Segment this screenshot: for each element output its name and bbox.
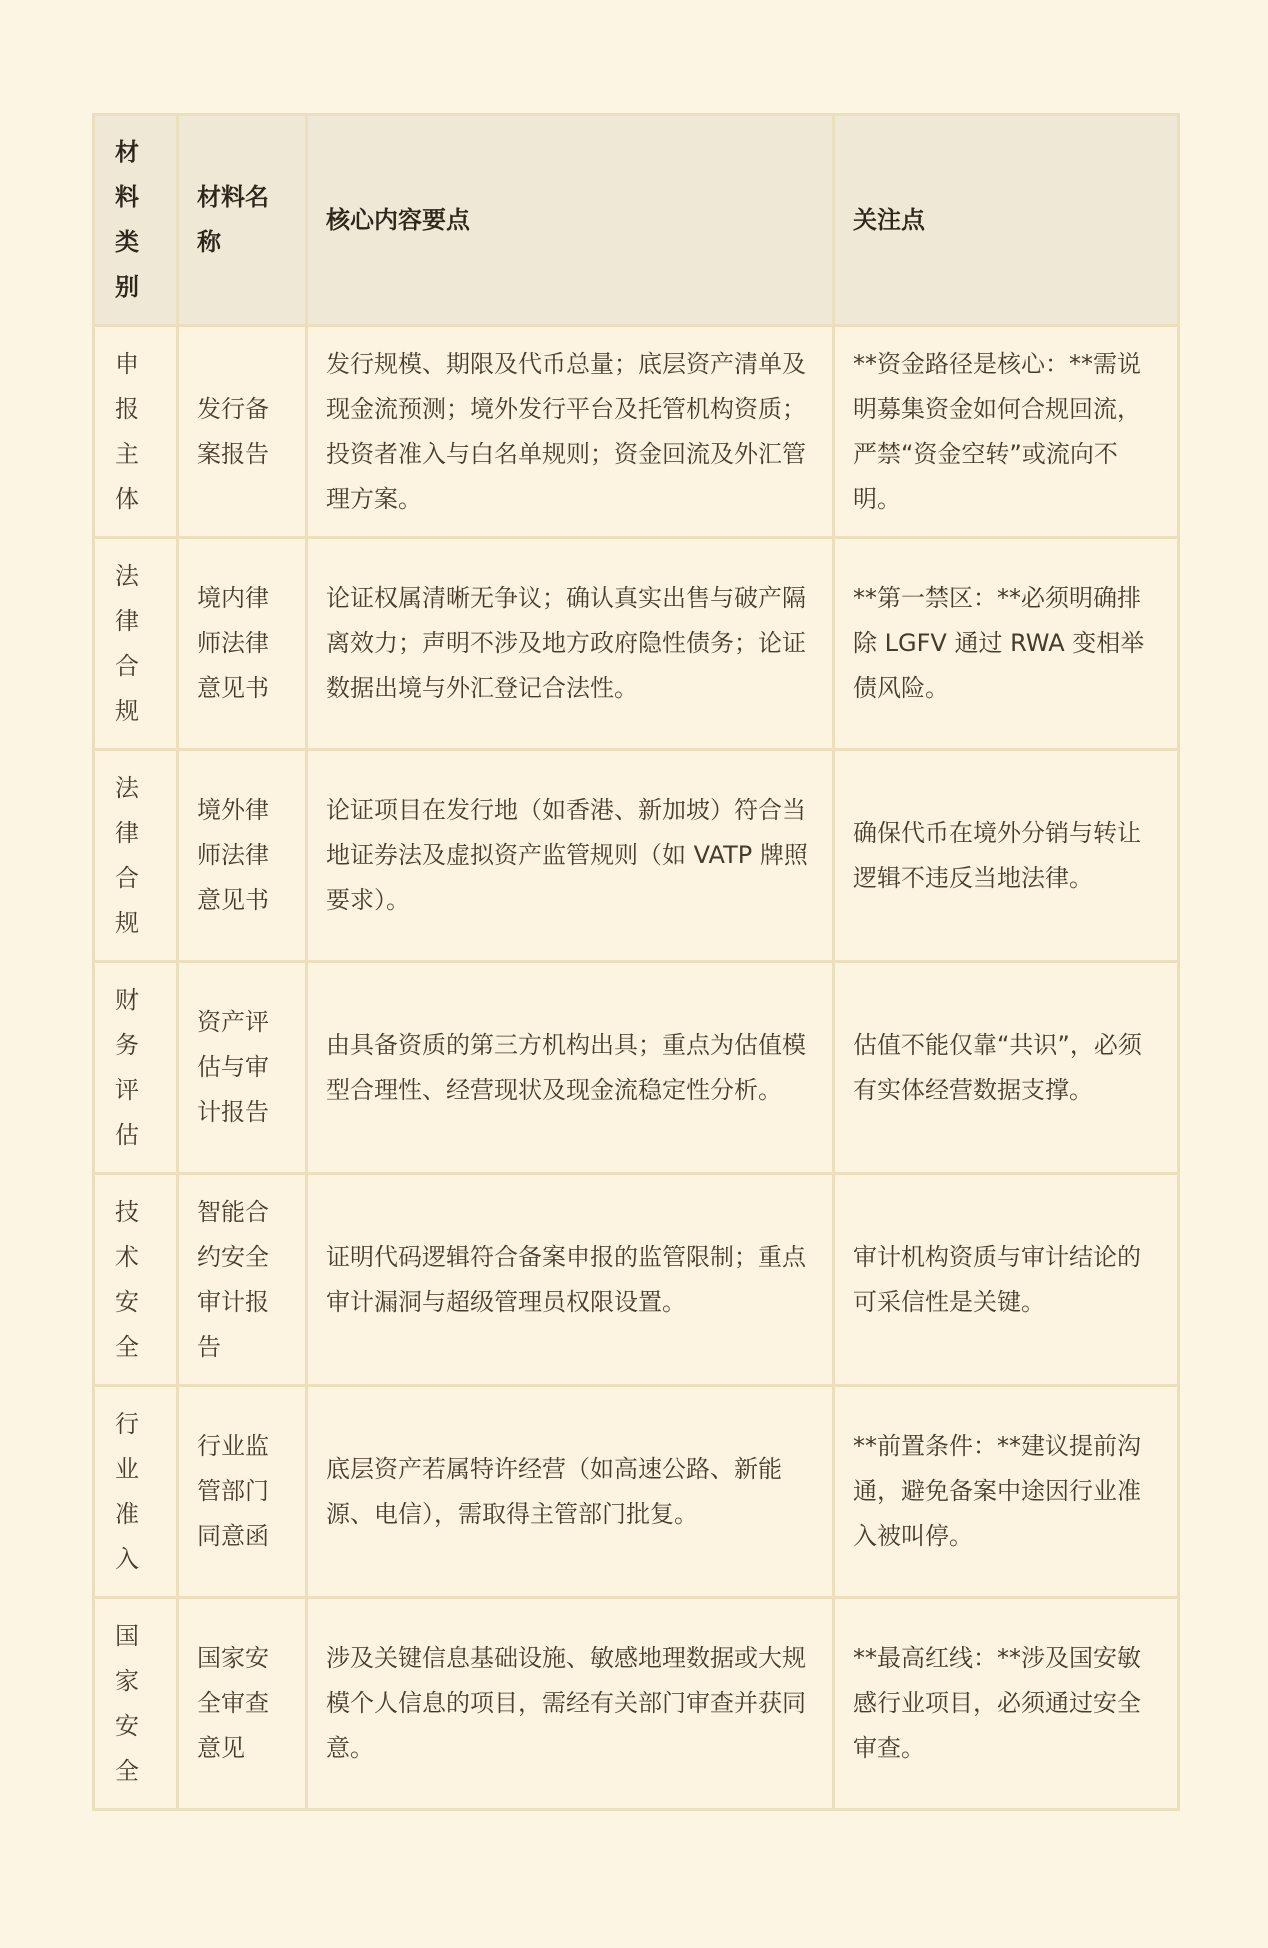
focus-text: 估值不能仅靠“共识”，必须有实体经营数据支撑。	[853, 1031, 1142, 1104]
content-text: 涉及关键信息基础设施、敏感地理数据或大规模个人信息的项目，需经有关部门审查并获同…	[326, 1644, 806, 1762]
content-cell: 底层资产若属特许经营（如高速公路、新能源、电信），需取得主管部门批复。	[307, 1386, 834, 1598]
material-name-cell: 国家安全审查意见	[178, 1598, 307, 1810]
table-body: 申报主体 发行备案报告 发行规模、期限及代币总量；底层资产清单及现金流预测；境外…	[94, 326, 1179, 1810]
table-header: 材料类别 材料名称 核心内容要点 关注点	[94, 115, 1179, 326]
table-row: 申报主体 发行备案报告 发行规模、期限及代币总量；底层资产清单及现金流预测；境外…	[94, 326, 1179, 538]
material-name-text: 行业监管部门同意函	[197, 1424, 271, 1559]
material-name-cell: 境外律师法律意见书	[178, 750, 307, 962]
material-name-cell: 发行备案报告	[178, 326, 307, 538]
materials-table: 材料类别 材料名称 核心内容要点 关注点 申报主体 发行备案报告 发行规模、期限…	[92, 113, 1180, 1811]
focus-text: 确保代币在境外分销与转让逻辑不违反当地法律。	[853, 819, 1141, 892]
material-name-text: 资产评估与审计报告	[197, 1000, 271, 1135]
category-cell: 法律合规	[94, 538, 178, 750]
header-content: 核心内容要点	[307, 115, 834, 326]
focus-cell: 估值不能仅靠“共识”，必须有实体经营数据支撑。	[834, 962, 1179, 1174]
content-cell: 涉及关键信息基础设施、敏感地理数据或大规模个人信息的项目，需经有关部门审查并获同…	[307, 1598, 834, 1810]
focus-cell: **最高红线：**涉及国安敏感行业项目，必须通过安全审查。	[834, 1598, 1179, 1810]
table-row: 财务评估 资产评估与审计报告 由具备资质的第三方机构出具；重点为估值模型合理性、…	[94, 962, 1179, 1174]
material-name-text: 境内律师法律意见书	[197, 576, 271, 711]
content-cell: 论证权属清晰无争议；确认真实出售与破产隔离效力；声明不涉及地方政府隐性债务；论证…	[307, 538, 834, 750]
content-text: 论证项目在发行地（如香港、新加坡）符合当地证券法及虚拟资产监管规则（如 VATP…	[326, 796, 808, 914]
header-category: 材料类别	[94, 115, 178, 326]
content-text: 底层资产若属特许经营（如高速公路、新能源、电信），需取得主管部门批复。	[326, 1455, 782, 1528]
category-text: 法律合规	[113, 766, 140, 946]
category-cell: 国家安全	[94, 1598, 178, 1810]
material-name-text: 境外律师法律意见书	[197, 788, 271, 923]
header-name: 材料名称	[178, 115, 307, 326]
focus-text: 审计机构资质与审计结论的可采信性是关键。	[853, 1243, 1141, 1316]
category-text: 技术安全	[113, 1190, 140, 1370]
document-page: 材料类别 材料名称 核心内容要点 关注点 申报主体 发行备案报告 发行规模、期限…	[92, 113, 1177, 1811]
content-text: 论证权属清晰无争议；确认真实出售与破产隔离效力；声明不涉及地方政府隐性债务；论证…	[326, 584, 806, 702]
material-name-cell: 资产评估与审计报告	[178, 962, 307, 1174]
table-row: 技术安全 智能合约安全审计报告 证明代码逻辑符合备案申报的监管限制；重点审计漏洞…	[94, 1174, 1179, 1386]
focus-text: **前置条件：**建议提前沟通，避免备案中途因行业准入被叫停。	[853, 1432, 1141, 1550]
category-text: 申报主体	[113, 342, 140, 522]
category-text: 财务评估	[113, 978, 140, 1158]
category-cell: 技术安全	[94, 1174, 178, 1386]
category-cell: 法律合规	[94, 750, 178, 962]
content-text: 由具备资质的第三方机构出具；重点为估值模型合理性、经营现状及现金流稳定性分析。	[326, 1031, 806, 1104]
table-row: 国家安全 国家安全审查意见 涉及关键信息基础设施、敏感地理数据或大规模个人信息的…	[94, 1598, 1179, 1810]
category-text: 国家安全	[113, 1614, 140, 1794]
header-focus: 关注点	[834, 115, 1179, 326]
focus-text: **资金路径是核心：**需说明募集资金如何合规回流，严禁“资金空转”或流向不明。	[853, 350, 1141, 513]
focus-cell: **资金路径是核心：**需说明募集资金如何合规回流，严禁“资金空转”或流向不明。	[834, 326, 1179, 538]
content-cell: 发行规模、期限及代币总量；底层资产清单及现金流预测；境外发行平台及托管机构资质；…	[307, 326, 834, 538]
content-cell: 由具备资质的第三方机构出具；重点为估值模型合理性、经营现状及现金流稳定性分析。	[307, 962, 834, 1174]
category-cell: 行业准入	[94, 1386, 178, 1598]
material-name-text: 智能合约安全审计报告	[197, 1190, 271, 1370]
focus-cell: **前置条件：**建议提前沟通，避免备案中途因行业准入被叫停。	[834, 1386, 1179, 1598]
focus-cell: 审计机构资质与审计结论的可采信性是关键。	[834, 1174, 1179, 1386]
category-text: 行业准入	[113, 1402, 140, 1582]
table-row: 法律合规 境外律师法律意见书 论证项目在发行地（如香港、新加坡）符合当地证券法及…	[94, 750, 1179, 962]
content-cell: 论证项目在发行地（如香港、新加坡）符合当地证券法及虚拟资产监管规则（如 VATP…	[307, 750, 834, 962]
header-focus-label: 关注点	[853, 206, 925, 234]
content-text: 证明代码逻辑符合备案申报的监管限制；重点审计漏洞与超级管理员权限设置。	[326, 1243, 806, 1316]
focus-cell: 确保代币在境外分销与转让逻辑不违反当地法律。	[834, 750, 1179, 962]
material-name-cell: 境内律师法律意见书	[178, 538, 307, 750]
material-name-cell: 行业监管部门同意函	[178, 1386, 307, 1598]
category-cell: 申报主体	[94, 326, 178, 538]
header-name-label: 材料名称	[197, 175, 271, 265]
material-name-text: 发行备案报告	[197, 387, 271, 477]
content-cell: 证明代码逻辑符合备案申报的监管限制；重点审计漏洞与超级管理员权限设置。	[307, 1174, 834, 1386]
table-row: 法律合规 境内律师法律意见书 论证权属清晰无争议；确认真实出售与破产隔离效力；声…	[94, 538, 1179, 750]
header-content-label: 核心内容要点	[326, 206, 470, 234]
focus-text: **第一禁区：**必须明确排除 LGFV 通过 RWA 变相举债风险。	[853, 584, 1144, 702]
material-name-text: 国家安全审查意见	[197, 1636, 271, 1771]
content-text: 发行规模、期限及代币总量；底层资产清单及现金流预测；境外发行平台及托管机构资质；…	[326, 350, 806, 513]
header-category-label: 材料类别	[113, 130, 140, 310]
material-name-cell: 智能合约安全审计报告	[178, 1174, 307, 1386]
table-row: 行业准入 行业监管部门同意函 底层资产若属特许经营（如高速公路、新能源、电信），…	[94, 1386, 1179, 1598]
category-text: 法律合规	[113, 554, 140, 734]
focus-cell: **第一禁区：**必须明确排除 LGFV 通过 RWA 变相举债风险。	[834, 538, 1179, 750]
header-row: 材料类别 材料名称 核心内容要点 关注点	[94, 115, 1179, 326]
focus-text: **最高红线：**涉及国安敏感行业项目，必须通过安全审查。	[853, 1644, 1141, 1762]
category-cell: 财务评估	[94, 962, 178, 1174]
